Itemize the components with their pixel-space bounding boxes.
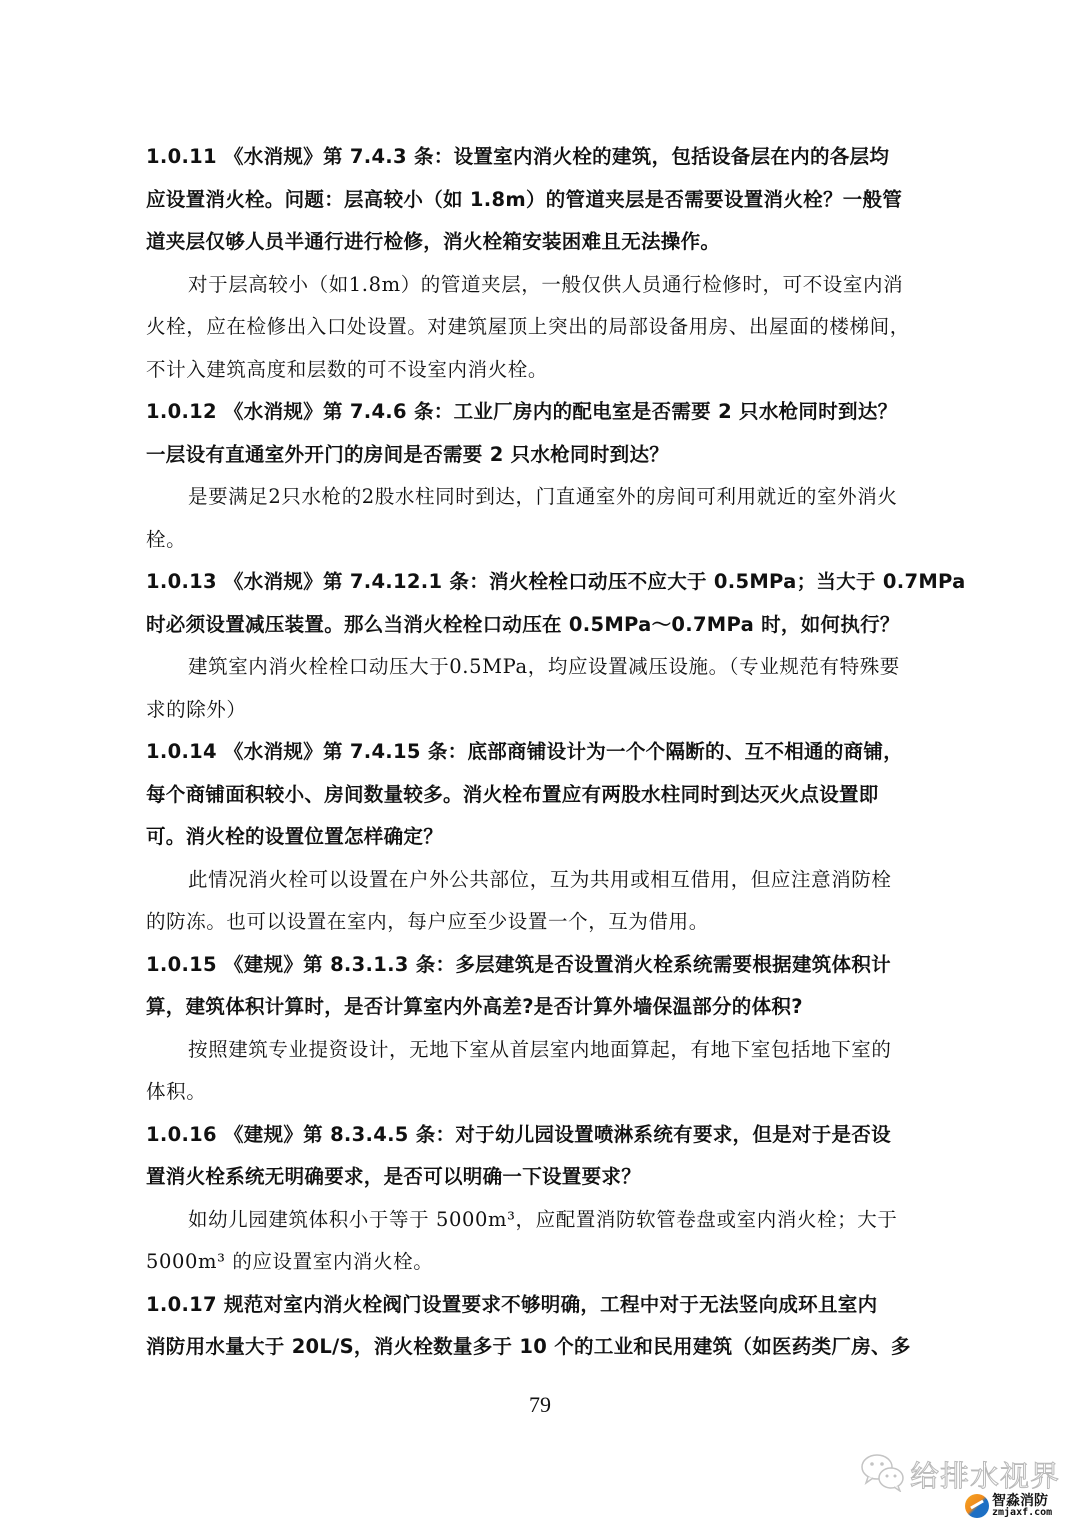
answer-line: 体积。: [146, 1071, 946, 1114]
question-line: 算，建筑体积计算时，是否计算室内外高差?是否计算外墙保温部分的体积?: [146, 986, 946, 1029]
question-line: 1.0.14 《水消规》第 7.4.15 条：底部商铺设计为一个个隔断的、互不相…: [146, 731, 946, 774]
answer-line: 的防冻。也可以设置在室内，每户应至少设置一个，互为借用。: [146, 901, 946, 944]
section-1-0-17: 1.0.17 规范对室内消火栓阀门设置要求不够明确，工程中对于无法竖向成环且室内…: [146, 1284, 946, 1369]
question-line: 置消火栓系统无明确要求，是否可以明确一下设置要求？: [146, 1156, 946, 1199]
question-line: 1.0.13 《水消规》第 7.4.12.1 条：消火栓栓口动压不应大于 0.5…: [146, 561, 946, 604]
question-line: 消防用水量大于 20L/S，消火栓数量多于 10 个的工业和民用建筑（如医药类厂…: [146, 1326, 946, 1369]
question-line: 时必须设置减压装置。那么当消火栓栓口动压在 0.5MPa～0.7MPa 时，如何…: [146, 604, 946, 647]
wechat-icon: [860, 1452, 906, 1497]
logo-name: 智淼消防: [992, 1494, 1052, 1508]
question-line: 可。消火栓的设置位置怎样确定？: [146, 816, 946, 859]
answer-line: 火栓，应在检修出入口处设置。对建筑屋顶上突出的局部设备用房、出屋面的楼梯间，: [146, 306, 946, 349]
answer-line: 不计入建筑高度和层数的可不设室内消火栓。: [146, 349, 946, 392]
answer-line: 如幼儿园建筑体积小于等于 5000m³，应配置消防软管卷盘或室内消火栓；大于: [146, 1199, 946, 1242]
watermark-text: 给排水视界: [910, 1454, 1060, 1495]
section-1-0-12: 1.0.12 《水消规》第 7.4.6 条：工业厂房内的配电室是否需要 2 只水…: [146, 391, 946, 561]
question-line: 1.0.15 《建规》第 8.3.1.3 条：多层建筑是否设置消火栓系统需要根据…: [146, 944, 946, 987]
question-line: 1.0.17 规范对室内消火栓阀门设置要求不够明确，工程中对于无法竖向成环且室内: [146, 1284, 946, 1327]
answer-line: 是要满足2只水枪的2股水柱同时到达，门直通室外的房间可利用就近的室外消火: [146, 476, 946, 519]
site-logo: 智淼消防 zmjaxf.com: [965, 1494, 1052, 1518]
answer-line: 按照建筑专业提资设计，无地下室从首层室内地面算起，有地下室包括地下室的: [146, 1029, 946, 1072]
document-page: 1.0.11 《水消规》第 7.4.3 条：设置室内消火栓的建筑，包括设备层在内…: [146, 136, 946, 1369]
logo-url: zmjaxf.com: [992, 1508, 1052, 1518]
section-1-0-16: 1.0.16 《建规》第 8.3.4.5 条：对于幼儿园设置喷淋系统有要求，但是…: [146, 1114, 946, 1284]
question-line: 应设置消火栓。问题：层高较小（如 1.8m）的管道夹层是否需要设置消火栓？一般管: [146, 179, 946, 222]
question-line: 1.0.12 《水消规》第 7.4.6 条：工业厂房内的配电室是否需要 2 只水…: [146, 391, 946, 434]
question-line: 1.0.16 《建规》第 8.3.4.5 条：对于幼儿园设置喷淋系统有要求，但是…: [146, 1114, 946, 1157]
question-line: 一层设有直通室外开门的房间是否需要 2 只水枪同时到达？: [146, 434, 946, 477]
section-1-0-11: 1.0.11 《水消规》第 7.4.3 条：设置室内消火栓的建筑，包括设备层在内…: [146, 136, 946, 391]
answer-line: 此情况消火栓可以设置在户外公共部位，互为共用或相互借用，但应注意消防栓: [146, 859, 946, 902]
answer-line: 5000m³ 的应设置室内消火栓。: [146, 1241, 946, 1284]
question-line: 每个商铺面积较小、房间数量较多。消火栓布置应有两股水柱同时到达灭火点设置即: [146, 774, 946, 817]
section-1-0-14: 1.0.14 《水消规》第 7.4.15 条：底部商铺设计为一个个隔断的、互不相…: [146, 731, 946, 944]
question-line: 道夹层仅够人员半通行进行检修，消火栓箱安装困难且无法操作。: [146, 221, 946, 264]
answer-line: 求的除外）: [146, 689, 946, 732]
section-1-0-15: 1.0.15 《建规》第 8.3.1.3 条：多层建筑是否设置消火栓系统需要根据…: [146, 944, 946, 1114]
zm-logo-icon: [965, 1494, 989, 1518]
watermark: 给排水视界: [860, 1452, 1060, 1496]
answer-line: 建筑室内消火栓栓口动压大于0.5MPa，均应设置减压设施。（专业规范有特殊要: [146, 646, 946, 689]
question-line: 1.0.11 《水消规》第 7.4.3 条：设置室内消火栓的建筑，包括设备层在内…: [146, 136, 946, 179]
answer-line: 栓。: [146, 519, 946, 562]
answer-line: 对于层高较小（如1.8m）的管道夹层，一般仅供人员通行检修时，可不设室内消: [146, 264, 946, 307]
section-1-0-13: 1.0.13 《水消规》第 7.4.12.1 条：消火栓栓口动压不应大于 0.5…: [146, 561, 946, 731]
page-number: 79: [0, 1392, 1080, 1418]
